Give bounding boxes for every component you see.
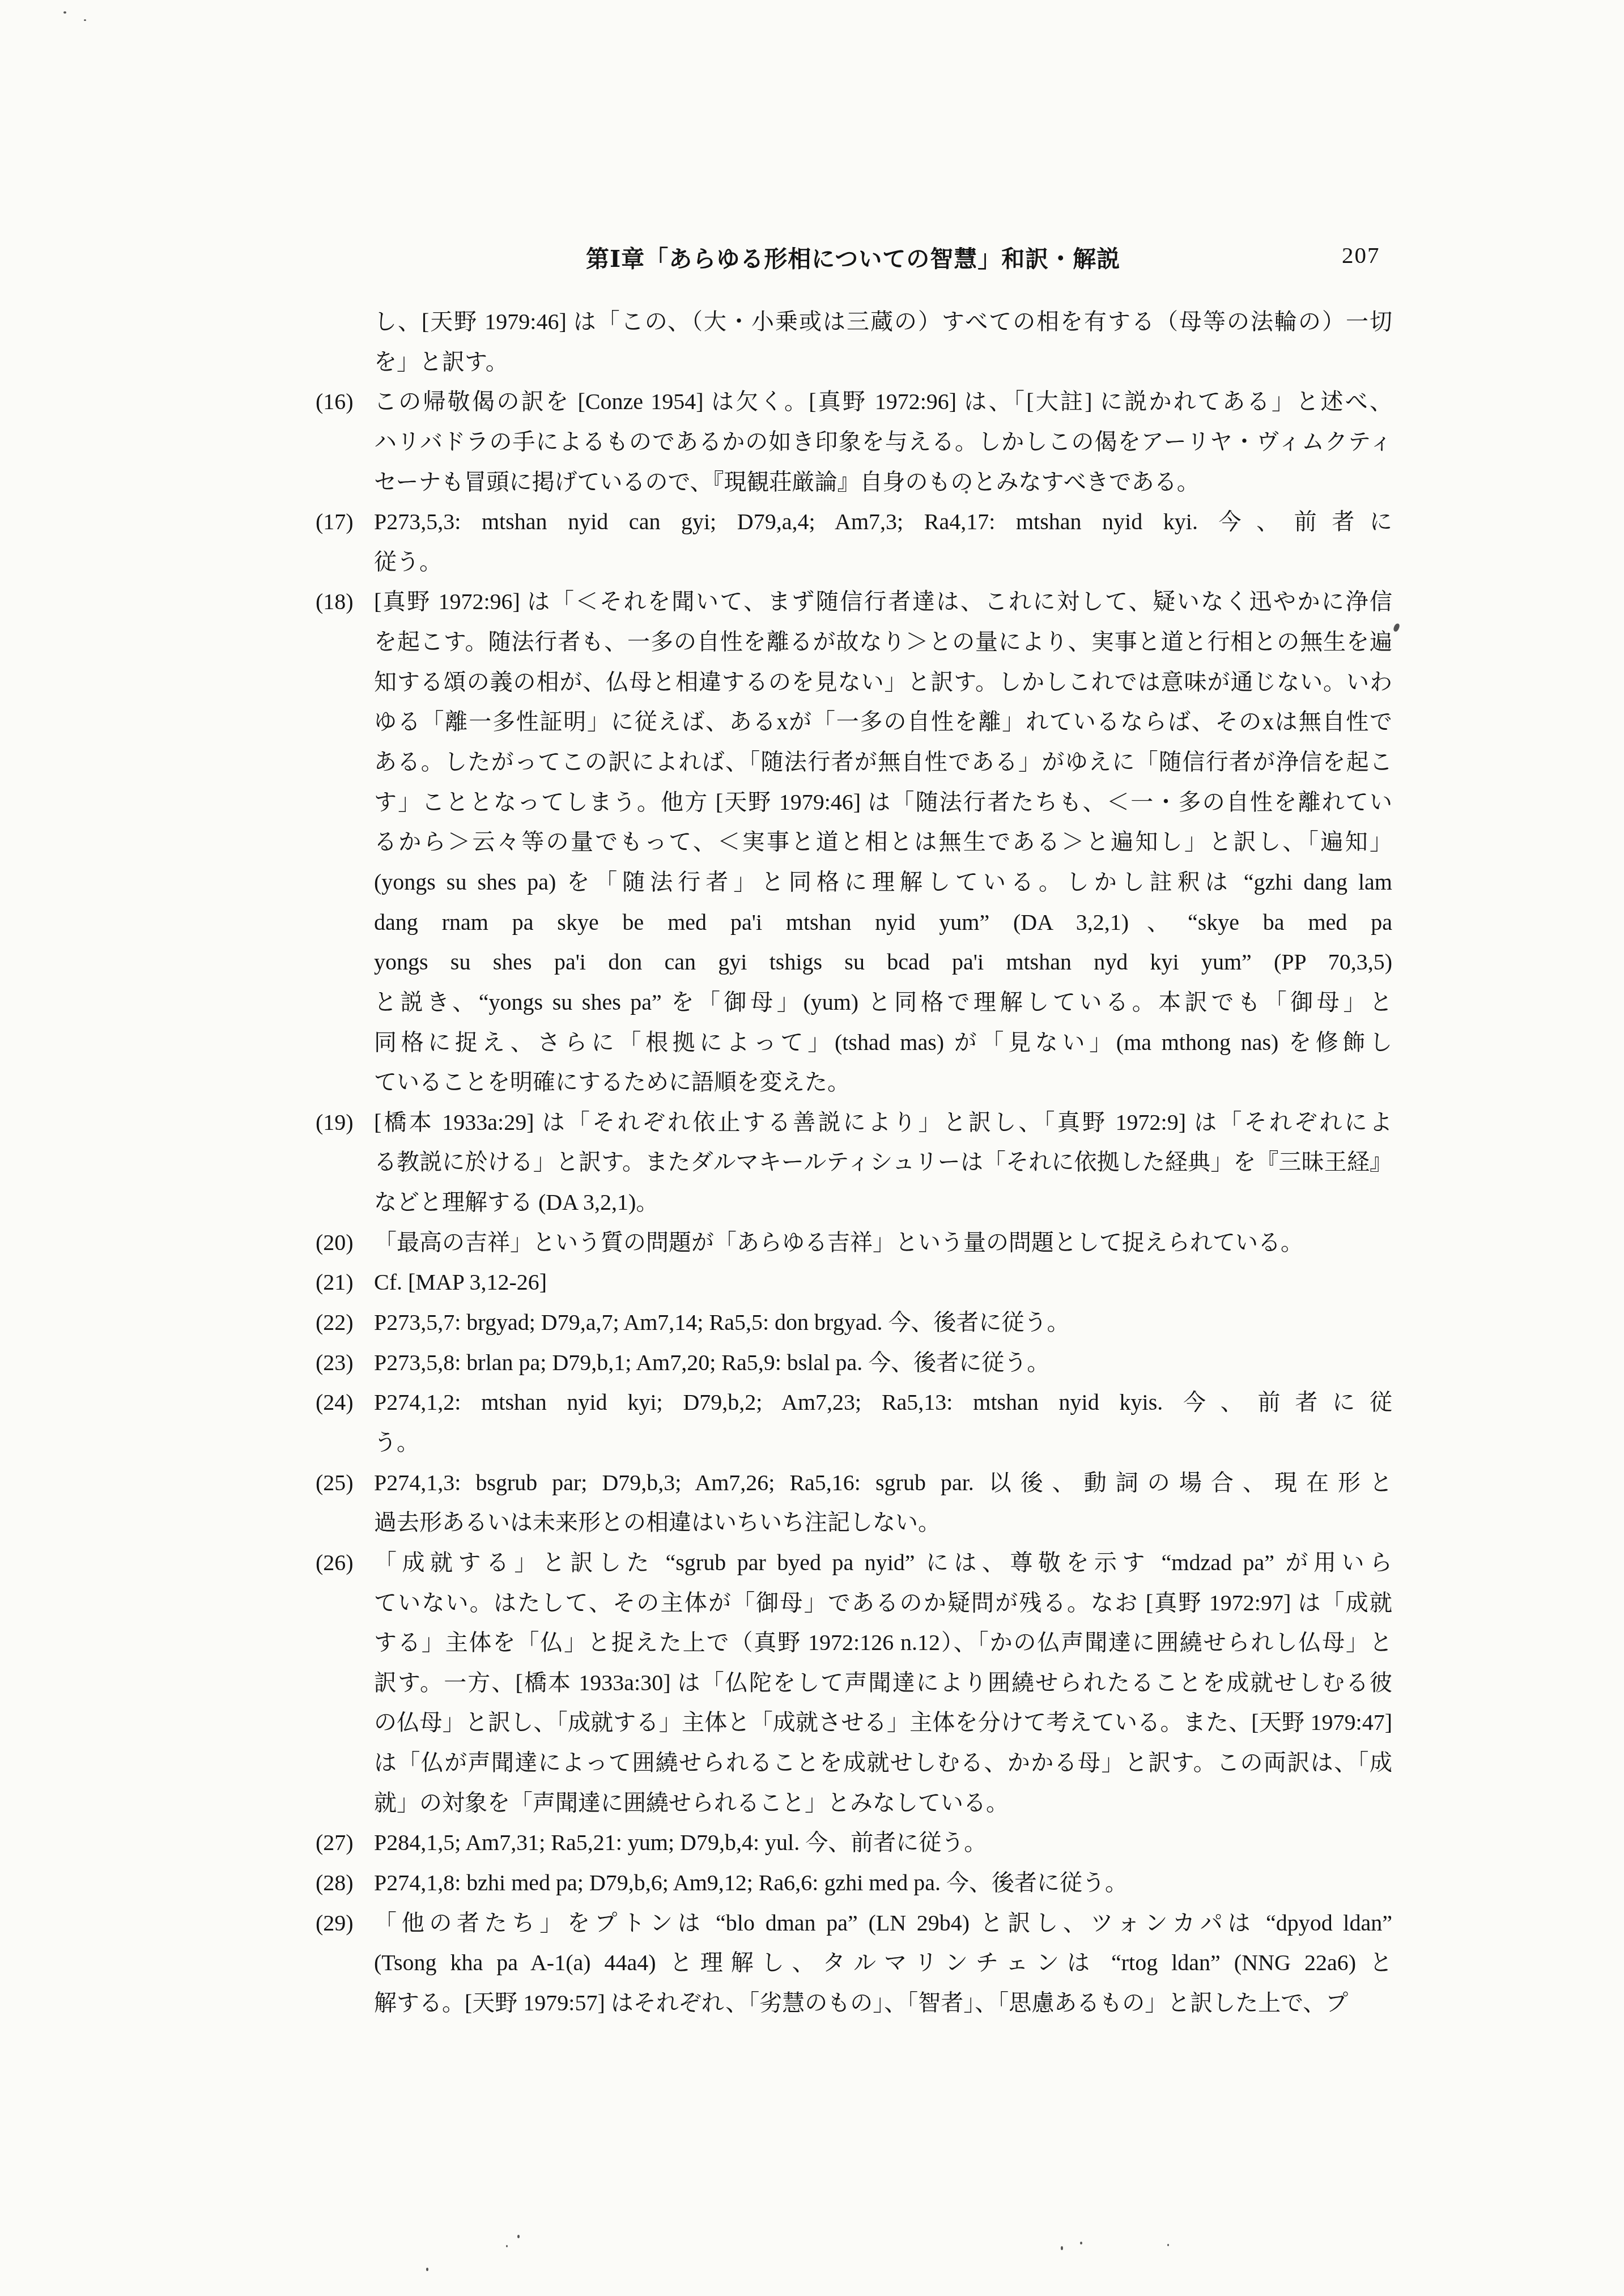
scan-speck [1167,2244,1169,2246]
note-line: ていない。はたして、その主体が「御母」であるのか疑問が残る。なお [真野 197… [374,1583,1392,1623]
note-number: (19) [316,1103,354,1143]
note-line: 「成就する」と訳した “sgrub par byed pa nyid” には、尊… [374,1543,1392,1583]
note-block-24: (24)P274,1,2: mtshan nyid kyi; D79,b,2; … [316,1383,1392,1462]
note-line: 過去形あるいは未来形との相違はいちいち注記しない。 [374,1503,1392,1543]
note-line: 同格に捉え、さらに「根拠によって」(tshad mas) が「見ない」(ma m… [374,1023,1392,1063]
note-line: P284,1,5; Am7,31; Ra5,21: yum; D79,b,4: … [374,1823,1392,1863]
note-line: 知する頌の義の相が、仏母と相違するのを見ない」と訳す。しかしこれでは意味が通じな… [374,662,1392,703]
note-line: dang rnam pa skye be med pa'i mtshan nyi… [374,903,1392,943]
note-block-29: (29)「他の者たち」をプトンは “blo dman pa” (LN 29b4)… [316,1903,1392,2023]
note-block-25: (25)P274,1,3: bsgrub par; D79,b,3; Am7,2… [316,1463,1392,1543]
note-number: (16) [316,382,354,422]
note-block-22: (22)P273,5,7: brgyad; D79,a,7; Am7,14; R… [316,1303,1392,1343]
note-number: (26) [316,1543,354,1583]
note-block-16: (16)この帰敬偈の訳を [Conze 1954] は欠く。[真野 1972:9… [316,382,1392,502]
scan-speck [1061,2246,1063,2250]
note-number: (27) [316,1823,354,1863]
note-number: (20) [316,1223,354,1263]
note-line: る教説に於ける」と訳す。またダルマキールティシュリーは「それに依拠した経典」を『… [374,1142,1392,1183]
note-line: セーナも冒頭に掲げているので、『現観荘厳論』自身のものとみなすべきである。 [374,462,1392,503]
note-line: P273,5,7: brgyad; D79,a,7; Am7,14; Ra5,5… [374,1303,1392,1343]
note-block-23: (23)P273,5,8: brlan pa; D79,b,1; Am7,20;… [316,1343,1392,1383]
note-line: この帰敬偈の訳を [Conze 1954] は欠く。[真野 1972:96] は… [374,382,1392,422]
note-line: 訳す。一方、[橋本 1933a:30] は「仏陀をして声聞達により囲繞せられたる… [374,1663,1392,1703]
note-number: (29) [316,1903,354,1944]
note-number: (17) [316,502,354,542]
note-number: (25) [316,1463,354,1503]
note-line: 就」の対象を「声聞達に囲繞せられること」とみなしている。 [374,1783,1392,1823]
note-line: 「最高の吉祥」という質の問題が「あらゆる吉祥」という量の問題として捉えられている… [374,1223,1392,1263]
note-number: (18) [316,582,354,622]
note-number: (28) [316,1863,354,1903]
note-line: する」主体を「仏」と捉えた上で（真野 1972:126 n.12）、「かの仏声聞… [374,1623,1392,1663]
note-block-27: (27)P284,1,5; Am7,31; Ra5,21: yum; D79,b… [316,1823,1392,1863]
note-line: P274,1,3: bsgrub par; D79,b,3; Am7,26; R… [374,1463,1392,1503]
document-page: 第Ⅰ章「あらゆる形相についての智慧」和訳・解説 207 し、[天野 1979:4… [0,0,1624,2296]
note-line: 解する。[天野 1979:57] はそれぞれ、「劣慧のもの」、「智者」、「思慮あ… [374,1983,1392,2023]
note-line: し、[天野 1979:46] は「この、（大・小乗或は三蔵の）すべての相を有する… [374,302,1392,342]
scan-speck [63,11,66,14]
note-line: を起こす。随法行者も、一多の自性を離るが故なり＞との量により、実事と道と行相との… [374,622,1392,662]
note-line: は「仏が声聞達によって囲繞せられることを成就せしむる、かかる母」と訳す。この両訳… [374,1743,1392,1783]
note-line: P274,1,2: mtshan nyid kyi; D79,b,2; Am7,… [374,1383,1392,1423]
scan-speck [84,19,86,21]
note-line: ていることを明確にするために語順を変えた。 [374,1062,1392,1103]
page-number: 207 [1342,241,1380,269]
note-line: ゆる「離一多性証明」に従えば、あるxが「一多の自性を離」れているならば、そのxは… [374,702,1392,742]
note-line: 従う。 [374,542,1392,582]
note-block-19: (19)[橋本 1933a:29] は「それぞれ依止する善説により」と訳し、「真… [316,1103,1392,1223]
notes-list: し、[天野 1979:46] は「この、（大・小乗或は三蔵の）すべての相を有する… [316,302,1392,2023]
running-header-title: 第Ⅰ章「あらゆる形相についての智慧」和訳・解説 [586,240,1120,274]
scan-smudge [1393,623,1400,632]
scan-speck [426,2268,428,2271]
note-block-28: (28)P274,1,8: bzhi med pa; D79,b,6; Am9,… [316,1863,1392,1903]
note-line: P274,1,8: bzhi med pa; D79,b,6; Am9,12; … [374,1863,1392,1903]
note-line: う。 [374,1423,1392,1463]
note-number: (21) [316,1262,354,1303]
note-block-17: (17)P273,5,3: mtshan nyid can gyi; D79,a… [316,502,1392,582]
note-block-18: (18)[真野 1972:96] は「＜それを聞いて、まず随信行者達は、これに対… [316,582,1392,1102]
note-block-20: (20)「最高の吉祥」という質の問題が「あらゆる吉祥」という量の問題として捉えら… [316,1223,1392,1263]
note-line: ある。したがってこの訳によれば、「随法行者が無自性である」がゆえに「随信行者が浄… [374,742,1392,783]
note-line: [橋本 1933a:29] は「それぞれ依止する善説により」と訳し、「真野 19… [374,1103,1392,1143]
note-line: (Tsong kha pa A-1(a) 44a4) と理解し、タルマリンチェン… [374,1943,1392,1983]
note-line: を」と訳す。 [374,342,1392,382]
note-line: [真野 1972:96] は「＜それを聞いて、まず随信行者達は、これに対して、疑… [374,582,1392,622]
note-line: P273,5,8: brlan pa; D79,b,1; Am7,20; Ra5… [374,1343,1392,1383]
note-number: (22) [316,1303,354,1343]
scan-speck [517,2235,520,2238]
note-number: (24) [316,1383,354,1423]
note-line: す」こととなってしまう。他方 [天野 1979:46] は「随法行者たちも、＜一… [374,783,1392,823]
scan-speck [506,2245,508,2247]
note-number: (23) [316,1343,354,1383]
note-line: (yongs su shes pa) を「随法行者」と同格に理解している。しかし… [374,862,1392,903]
note-line: と説き、“yongs su shes pa” を「御母」(yum) と同格で理解… [374,983,1392,1023]
note-line: P273,5,3: mtshan nyid can gyi; D79,a,4; … [374,502,1392,542]
note-line: ハリバドラの手によるものであるかの如き印象を与える。しかしこの偈をアーリヤ・ヴィ… [374,422,1392,462]
note-block-21: (21)Cf. [MAP 3,12-26] [316,1262,1392,1303]
note-block-26: (26)「成就する」と訳した “sgrub par byed pa nyid” … [316,1543,1392,1823]
note-line: 「他の者たち」をプトンは “blo dman pa” (LN 29b4) と訳し… [374,1903,1392,1944]
note-line: などと理解する (DA 3,2,1)。 [374,1183,1392,1223]
note-line: yongs su shes pa'i don can gyi tshigs su… [374,942,1392,983]
scan-speck [1080,2242,1082,2244]
note-line: るから＞云々等の量でもって、＜実事と道と相とは無生である＞と遍知し」と訳し、「遍… [374,822,1392,862]
scan-speck [965,491,968,494]
continuation-paragraph: し、[天野 1979:46] は「この、（大・小乗或は三蔵の）すべての相を有する… [316,302,1392,382]
note-line: Cf. [MAP 3,12-26] [374,1262,1392,1303]
note-line: の仏母」と訳し、「成就する」主体と「成就させる」主体を分けて考えている。また、[… [374,1703,1392,1743]
